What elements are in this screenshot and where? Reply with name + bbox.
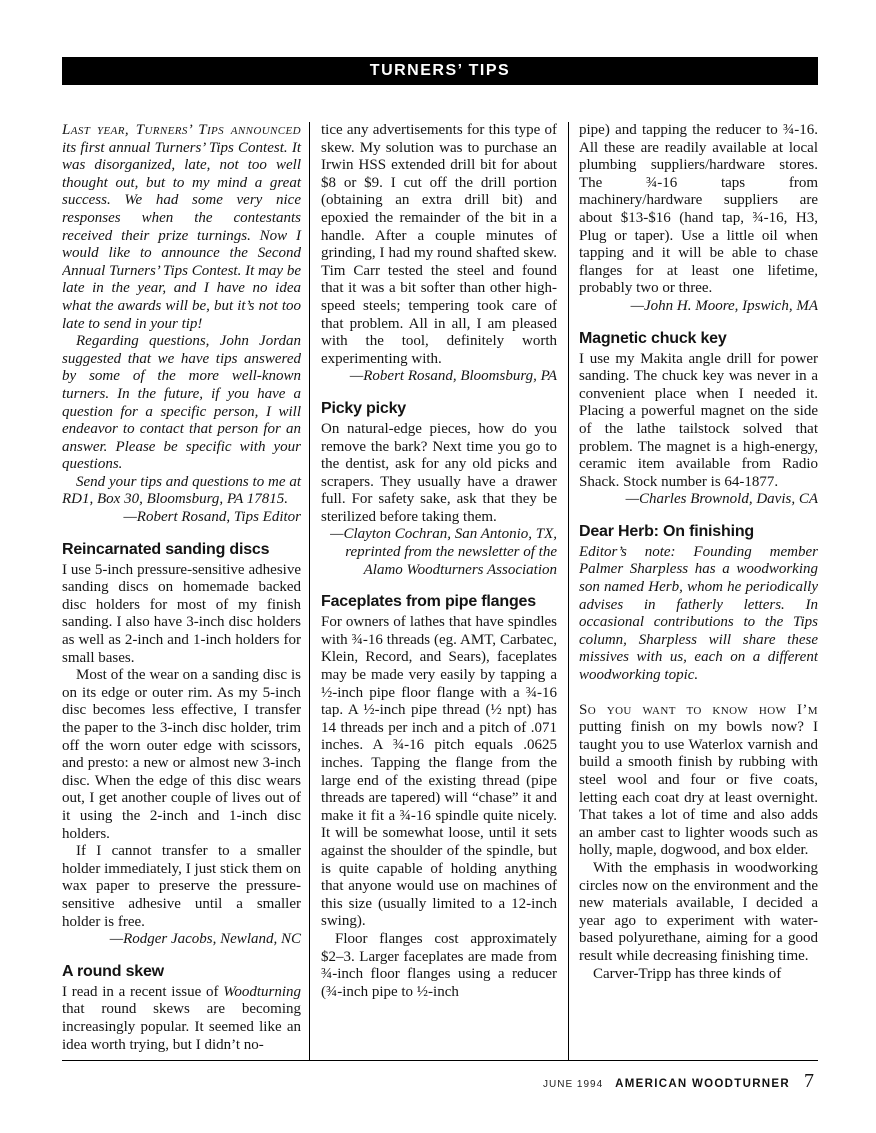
column-3: pipe) and tapping the reducer to ¾-16. A…: [569, 122, 818, 1060]
byline: —Robert Rosand, Tips Editor: [62, 509, 301, 527]
magazine-page: TURNERS’ TIPS Last year, Turners’ Tips a…: [62, 57, 818, 1093]
section-faceplates-continued: pipe) and tapping the reducer to ¾-16. A…: [579, 122, 818, 316]
section-a-round-skew-continued: tice any advertisements for this type of…: [321, 122, 557, 386]
magazine-name: AMERICAN WOODTURNER: [615, 1078, 790, 1090]
byline: —John H. Moore, Ipswich, MA: [579, 298, 818, 316]
section-faceplates-from-pipe-flanges: Faceplates from pipe flanges For owners …: [321, 592, 557, 1001]
paragraph: I use 5-inch pressure-sensitive adhesive…: [62, 562, 301, 668]
column-title-banner: TURNERS’ TIPS: [62, 57, 818, 85]
paragraph: With the emphasis in woodworking circles…: [579, 860, 818, 966]
section-a-round-skew: A round skew I read in a recent issue of…: [62, 962, 301, 1054]
section-reincarnated-sanding-discs: Reincarnated sanding discs I use 5-inch …: [62, 540, 301, 949]
section-heading: Magnetic chuck key: [579, 329, 818, 348]
byline: —Charles Brownold, Davis, CA: [579, 491, 818, 509]
paragraph: pipe) and tapping the reducer to ¾-16. A…: [579, 122, 818, 298]
small-caps-lead: Last year, Turners’ Tips announced: [62, 122, 301, 138]
paragraph: Last year, Turners’ Tips announced its f…: [62, 122, 301, 333]
paragraph: So you want to know how I’m putting fini…: [579, 702, 818, 860]
section-picky-picky: Picky picky On natural-edge pieces, how …: [321, 399, 557, 579]
byline: —Rodger Jacobs, Newland, NC: [62, 931, 301, 949]
section-heading: Faceplates from pipe flanges: [321, 592, 557, 611]
page-title: TURNERS’ TIPS: [370, 62, 510, 80]
page-number: 7: [804, 1070, 814, 1093]
section-heading: Dear Herb: On finishing: [579, 522, 818, 541]
paragraph: If I cannot transfer to a smaller holder…: [62, 843, 301, 931]
paragraph: Most of the wear on a sanding disc is on…: [62, 667, 301, 843]
byline: —Robert Rosand, Bloomsburg, PA: [321, 368, 557, 386]
section-magnetic-chuck-key: Magnetic chuck key I use my Makita angle…: [579, 329, 818, 509]
column-2: tice any advertisements for this type of…: [309, 122, 569, 1060]
paragraph: Floor flanges cost approximately $2–3. L…: [321, 931, 557, 1001]
small-caps-lead: So you want to know how I’m: [579, 702, 818, 718]
paragraph: Carver-Tripp has three kinds of: [579, 966, 818, 984]
section-heading: Reincarnated sanding discs: [62, 540, 301, 559]
three-column-body: Last year, Turners’ Tips announced its f…: [62, 122, 818, 1060]
paragraph: tice any advertisements for this type of…: [321, 122, 557, 368]
page-footer: JUNE 1994 AMERICAN WOODTURNER 7: [62, 1061, 818, 1093]
editor-intro: Last year, Turners’ Tips announced its f…: [62, 122, 301, 527]
paragraph: Regarding questions, John Jordan suggest…: [62, 333, 301, 474]
column-1: Last year, Turners’ Tips announced its f…: [62, 122, 309, 1060]
paragraph: For owners of lathes that have spindles …: [321, 614, 557, 931]
italic-title: Woodturning: [223, 984, 301, 1000]
section-dear-herb-on-finishing: Dear Herb: On finishing Editor’s note: F…: [579, 522, 818, 983]
byline: —Clayton Cochran, San Antonio, TX, repri…: [321, 526, 557, 579]
paragraph: Send your tips and questions to me at RD…: [62, 474, 301, 509]
paragraph: I read in a recent issue of Woodturning …: [62, 984, 301, 1054]
section-heading: Picky picky: [321, 399, 557, 418]
paragraph: I use my Makita angle drill for power sa…: [579, 351, 818, 492]
issue-date: JUNE 1994: [543, 1079, 603, 1090]
editors-note: Editor’s note: Founding member Palmer Sh…: [579, 544, 818, 685]
section-heading: A round skew: [62, 962, 301, 981]
paragraph: On natural-edge pieces, how do you remov…: [321, 421, 557, 527]
